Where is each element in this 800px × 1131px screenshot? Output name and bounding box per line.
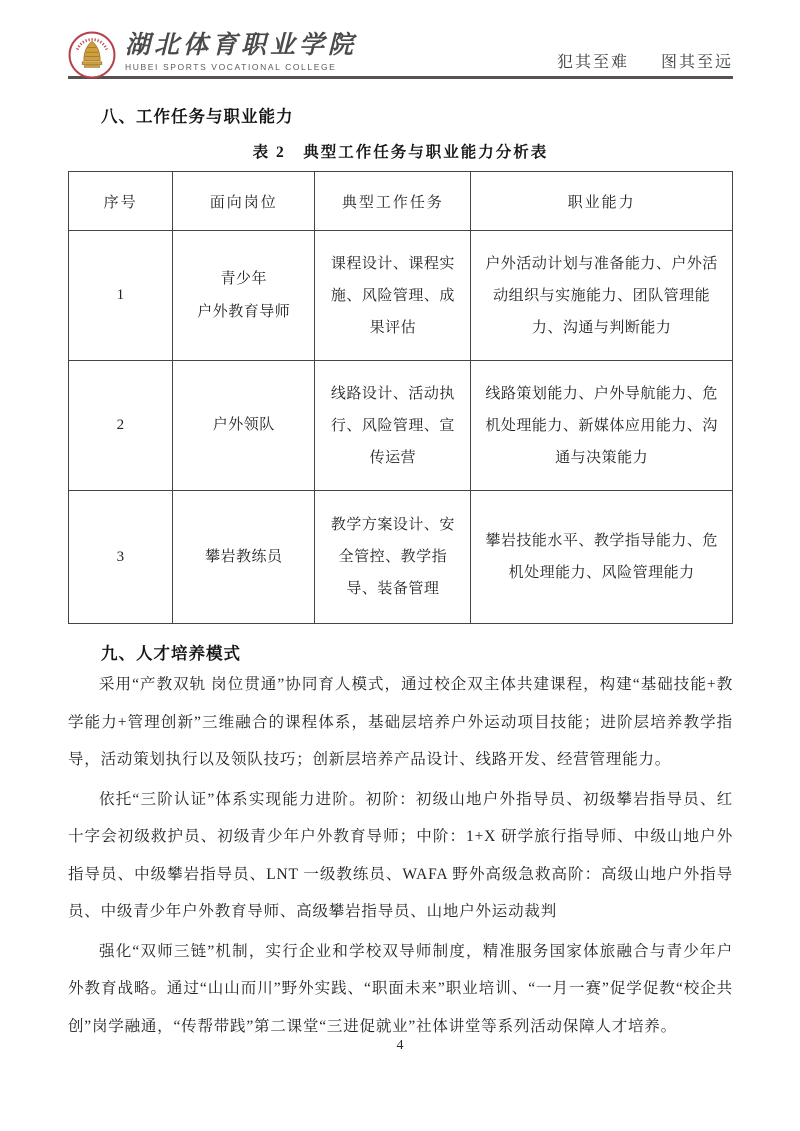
position-line: 青少年 <box>181 263 306 296</box>
section-9-heading: 九、人才培养模式 <box>68 640 733 664</box>
paragraph-certification: 依托“三阶认证”体系实现能力进阶。初阶：初级山地户外指导员、初级攀岩指导员、红十… <box>68 781 733 931</box>
paragraph-mechanism: 强化“双师三链”机制，实行企业和学校双导师制度，精准服务国家体旅融合与青少年户外… <box>68 933 733 1046</box>
table-row: 2 户外领队 线路设计、活动执行、风险管理、宣传运营 线路策划能力、户外导航能力… <box>69 361 733 491</box>
table-row: 1 青少年 户外教育导师 课程设计、课程实施、风险管理、成果评估 户外活动计划与… <box>69 231 733 361</box>
position-line: 户外教育导师 <box>181 296 306 329</box>
column-header-tasks: 典型工作任务 <box>315 172 471 231</box>
paragraph-training-model: 采用“产教双轨 岗位贯通”协同育人模式，通过校企双主体共建课程，构建“基础技能+… <box>68 666 733 779</box>
college-wordmark: 湖北体育职业学院 HUBEI SPORTS VOCATIONAL COLLEGE <box>125 31 357 72</box>
page-number: 4 <box>0 1038 800 1054</box>
table-row: 3 攀岩教练员 教学方案设计、安全管控、教学指导、装备管理 攀岩技能水平、教学指… <box>69 491 733 624</box>
motto-phrase-2: 图其至远 <box>661 54 733 71</box>
column-header-abilities: 职业能力 <box>471 172 733 231</box>
document-page: 湖北体育职业学院 HUBEI SPORTS VOCATIONAL COLLEGE… <box>0 0 800 1131</box>
column-header-no: 序号 <box>69 172 173 231</box>
table-header-row: 序号 面向岗位 典型工作任务 职业能力 <box>69 172 733 231</box>
position-line: 攀岩教练员 <box>181 541 306 574</box>
cell-tasks: 教学方案设计、安全管控、教学指导、装备管理 <box>315 491 471 624</box>
cell-position: 攀岩教练员 <box>173 491 315 624</box>
cell-tasks: 课程设计、课程实施、风险管理、成果评估 <box>315 231 471 361</box>
cell-tasks: 线路设计、活动执行、风险管理、宣传运营 <box>315 361 471 491</box>
cell-abilities: 线路策划能力、户外导航能力、危机处理能力、新媒体应用能力、沟通与决策能力 <box>471 361 733 491</box>
column-header-position: 面向岗位 <box>173 172 315 231</box>
college-seal-icon <box>68 31 116 79</box>
cell-position: 青少年 户外教育导师 <box>173 231 315 361</box>
page-header: 湖北体育职业学院 HUBEI SPORTS VOCATIONAL COLLEGE… <box>68 0 733 79</box>
header-motto: 犯其至难 图其至远 <box>557 49 733 79</box>
table-caption: 表 2 典型工作任务与职业能力分析表 <box>68 140 733 162</box>
cell-no: 2 <box>69 361 173 491</box>
section-8-heading: 八、工作任务与职业能力 <box>68 103 733 127</box>
cell-no: 1 <box>69 231 173 361</box>
cell-abilities: 攀岩技能水平、教学指导能力、危机处理能力、风险管理能力 <box>471 491 733 624</box>
cell-abilities: 户外活动计划与准备能力、户外活动组织与实施能力、团队管理能力、沟通与判断能力 <box>471 231 733 361</box>
motto-phrase-1: 犯其至难 <box>557 54 629 71</box>
task-ability-table: 序号 面向岗位 典型工作任务 职业能力 1 青少年 户外教育导师 课程设计、课程… <box>68 171 733 624</box>
college-name-calligraphy: 湖北体育职业学院 <box>125 31 357 60</box>
cell-position: 户外领队 <box>173 361 315 491</box>
position-line: 户外领队 <box>181 409 306 442</box>
cell-no: 3 <box>69 491 173 624</box>
college-name-english: HUBEI SPORTS VOCATIONAL COLLEGE <box>125 62 357 72</box>
